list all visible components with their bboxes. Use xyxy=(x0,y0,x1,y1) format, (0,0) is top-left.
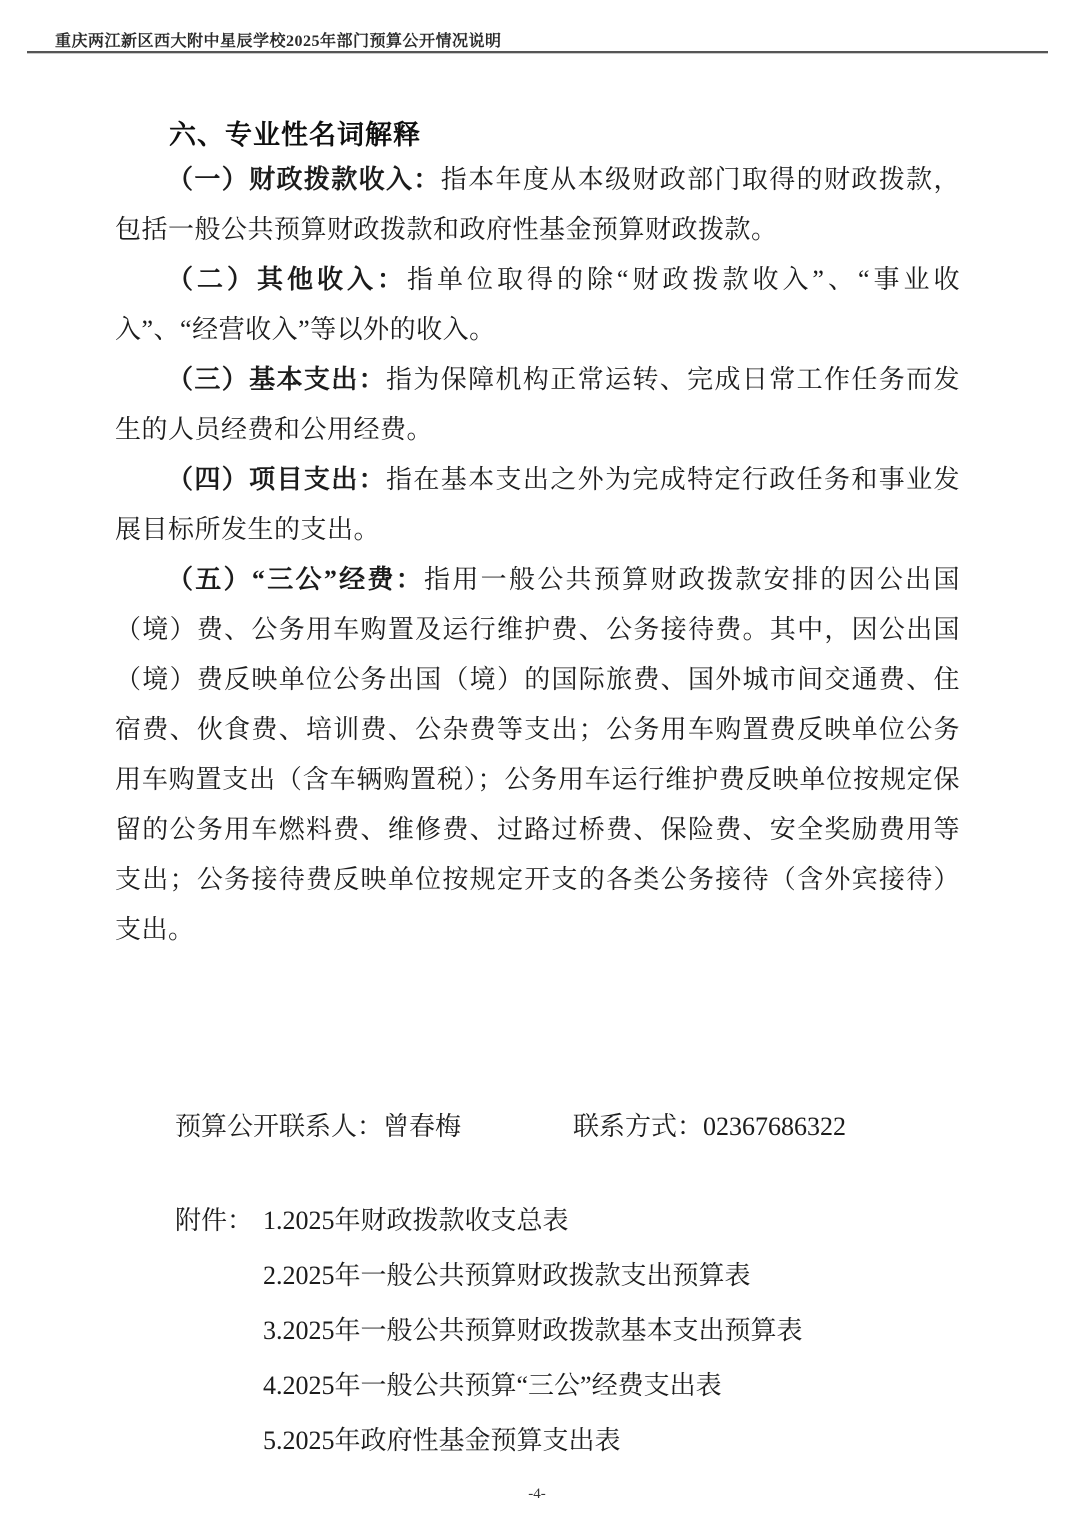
definition-paragraph-3: （三）基本支出：指为保障机构正常运转、完成日常工作任务而发生的人员经费和公用经费… xyxy=(115,355,960,455)
attachments-block: 附件：1.2025年财政拨款收支总表 2.2025年一般公共预算财政拨款支出预算… xyxy=(115,1193,960,1468)
attachment-row-3: 3.2025年一般公共预算财政拨款基本支出预算表 xyxy=(115,1303,960,1358)
term-label-5: （五）“三公”经费： xyxy=(167,565,424,594)
attachment-row-4: 4.2025年一般公共预算“三公”经费支出表 xyxy=(115,1358,960,1413)
header-title: 重庆两江新区西大附中星辰学校2025年部门预算公开情况说明 xyxy=(55,28,502,51)
contact-phone: 02367686322 xyxy=(703,1112,846,1141)
attachment-item-1: 1.2025年财政拨款收支总表 xyxy=(263,1206,569,1235)
attachment-item-5: 5.2025年政府性基金预算支出表 xyxy=(263,1426,621,1455)
definition-paragraph-5: （五）“三公”经费：指用一般公共预算财政拨款安排的因公出国（境）费、公务用车购置… xyxy=(115,555,960,955)
term-label-3: （三）基本支出： xyxy=(167,365,386,394)
page-footer: -4- xyxy=(0,1486,1074,1503)
attachment-item-2: 2.2025年一般公共预算财政拨款支出预算表 xyxy=(263,1261,751,1290)
attachment-row-2: 2.2025年一般公共预算财政拨款支出预算表 xyxy=(115,1248,960,1303)
contact-label: 预算公开联系人： xyxy=(175,1112,383,1141)
document-body: 六、专业性名词解释 （一）财政拨款收入：指本年度从本级财政部门取得的财政拨款，包… xyxy=(115,55,960,1468)
attachments-label: 附件： xyxy=(175,1206,253,1235)
definition-paragraph-1: （一）财政拨款收入：指本年度从本级财政部门取得的财政拨款，包括一般公共预算财政拨… xyxy=(115,155,960,255)
definition-paragraph-4: （四）项目支出：指在基本支出之外为完成特定行政任务和事业发展目标所发生的支出。 xyxy=(115,455,960,555)
term-label-4: （四）项目支出： xyxy=(167,465,386,494)
page-number: -4- xyxy=(528,1486,546,1502)
term-label-1: （一）财政拨款收入： xyxy=(167,165,441,194)
term-label-2: （二）其他收入： xyxy=(167,265,407,294)
document-page: 重庆两江新区西大附中星辰学校2025年部门预算公开情况说明 六、专业性名词解释 … xyxy=(0,0,1074,1520)
definition-paragraph-2: （二）其他收入：指单位取得的除“财政拨款收入”、“事业收入”、“经营收入”等以外… xyxy=(115,255,960,355)
header-divider xyxy=(27,51,1048,54)
attachment-row-1: 附件：1.2025年财政拨款收支总表 xyxy=(115,1193,960,1248)
attachment-item-4: 4.2025年一般公共预算“三公”经费支出表 xyxy=(263,1371,722,1400)
term-text-5: 指用一般公共预算财政拨款安排的因公出国（境）费、公务用车购置及运行维护费、公务接… xyxy=(115,565,960,944)
section-title: 六、专业性名词解释 xyxy=(115,115,960,155)
contact-method-label: 联系方式： xyxy=(573,1112,703,1141)
contact-line: 预算公开联系人：曾春梅联系方式：02367686322 xyxy=(115,1107,960,1147)
attachment-row-5: 5.2025年政府性基金预算支出表 xyxy=(115,1413,960,1468)
attachment-item-3: 3.2025年一般公共预算财政拨款基本支出预算表 xyxy=(263,1316,803,1345)
contact-name: 曾春梅 xyxy=(383,1112,461,1141)
